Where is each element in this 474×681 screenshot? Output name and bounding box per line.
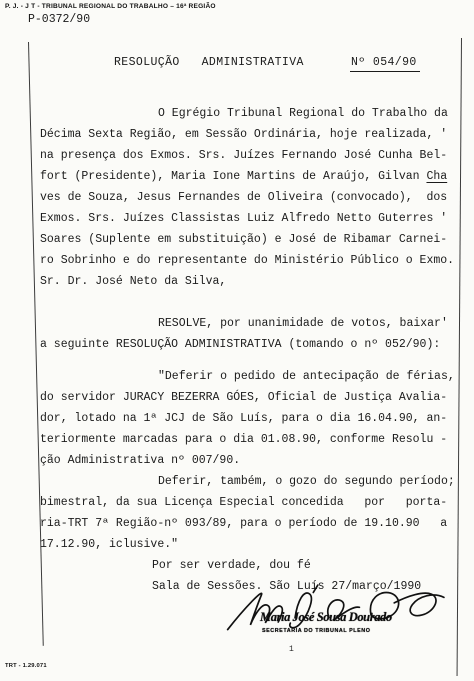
text-line: Exmos. Srs. Juízes Classistas Luiz Alfre… <box>40 208 461 229</box>
text-line: na presença dos Exmos. Srs. Juízes Ferna… <box>40 145 461 166</box>
stamp-signatory-title: SECRETARIA DO TRIBUNAL PLENO <box>262 628 370 634</box>
stamp-signatory-name: Maria José Sousa Dourado <box>260 610 410 625</box>
text-line: bimestral, da sua Licença Especial conce… <box>40 492 461 513</box>
text-line: 17.12.90, iclusive." <box>40 534 461 555</box>
text-line: teriormente marcadas para o dia 01.08.90… <box>40 429 461 450</box>
text-line: RESOLVE, por unanimidade de votos, baixa… <box>40 313 461 334</box>
text-line: a seguinte RESOLUÇÃO ADMINISTRATIVA (tom… <box>40 334 461 355</box>
form-header-line: P. J. - J T - TRIBUNAL REGIONAL DO TRABA… <box>5 3 216 10</box>
text-line: Sr. Dr. José Neto da Silva, <box>40 271 461 292</box>
text-line: fort (Presidente), Maria Ione Martins de… <box>40 166 461 187</box>
paragraph: Deferir, também, o gozo do segundo perío… <box>40 471 461 555</box>
text-line: ria-TRT 7ª Região-nº 093/89, para o perí… <box>40 513 461 534</box>
document-title: RESOLUÇÃO ADMINISTRATIVA <box>114 56 304 69</box>
process-number: P-0372/90 <box>28 13 90 26</box>
text-line: dor, lotado na 1ª JCJ de São Luís, para … <box>40 408 461 429</box>
text-line: "Deferir o pedido de antecipação de féri… <box>40 366 461 387</box>
paragraph: "Deferir o pedido de antecipação de féri… <box>40 366 461 471</box>
text-line: ves de Souza, Jesus Fernandes de Oliveir… <box>40 187 461 208</box>
text-line: ção Administrativa nº 007/90. <box>40 450 461 471</box>
page-mark: 1 <box>289 645 294 654</box>
body-text: O Egrégio Tribunal Regional do Trabalho … <box>40 103 461 597</box>
text-line: O Egrégio Tribunal Regional do Trabalho … <box>40 103 461 124</box>
paragraph: O Egrégio Tribunal Regional do Trabalho … <box>40 103 461 292</box>
scanned-document-page: P. J. - J T - TRIBUNAL REGIONAL DO TRABA… <box>0 0 474 681</box>
text-line: Deferir, também, o gozo do segundo perío… <box>40 471 461 492</box>
resolution-number: Nº 054/90 <box>350 56 420 72</box>
text-line: Décima Sexta Região, em Sessão Ordinária… <box>40 124 461 145</box>
text-line: Soares (Suplente em substituição) e José… <box>40 229 461 250</box>
text-line: do servidor JURACY BEZERRA GÓES, Oficial… <box>40 387 461 408</box>
text-line: ro Sobrinho e do representante do Minist… <box>40 250 461 271</box>
paragraph: RESOLVE, por unanimidade de votos, baixa… <box>40 313 461 355</box>
footer-form-code: TRT - 1.29.071 <box>5 663 47 669</box>
